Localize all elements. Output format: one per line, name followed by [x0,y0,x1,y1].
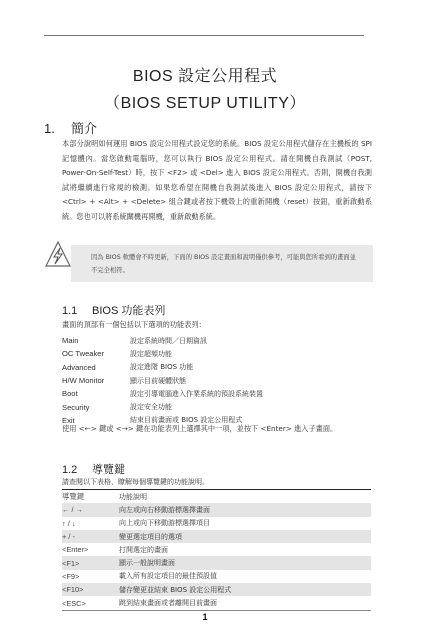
nav-key: <ESC> [62,599,119,608]
section-title: BIOS 功能表列 [92,305,165,317]
nav-desc: 變更選定項目的選項 [119,532,182,542]
nav-desc: 向上或向下移動游標選擇項目 [119,518,210,528]
section-number: 1.1 [62,305,92,317]
menu-desc: 設定進階 BIOS 功能 [130,362,193,372]
menu-key: Main [62,336,130,345]
list-item: Advanced設定進階 BIOS 功能 [62,361,382,374]
nav-desc: 儲存變更並結束 BIOS 設定公用程式 [119,585,231,595]
section-number: 1.2 [62,464,92,476]
nav-key: <F1> [62,559,119,568]
section-number: 1. [44,121,71,136]
menu-key: Boot [62,389,130,398]
table-row: <Enter>打開選定的畫面 [62,543,371,556]
menu-bar-list: Main設定系統時間／日期資訊 OC Tweaker設定超頻功能 Advance… [62,334,382,427]
section-heading-menu-bar: 1.1BIOS 功能表列 [62,302,165,318]
table-row: + / -變更選定項目的選項 [62,530,371,543]
intro-paragraph: 本部分說明如何運用 BIOS 設定公用程式設定您的系統。BIOS 設定公用程式儲… [62,137,372,225]
table-row: <F1>顯示一般說明畫面 [62,556,371,569]
column-header: 功能說明 [119,492,147,502]
note-text: 因為 BIOS 軟體會不時更新，下面的 BIOS 設定畫面和說明僅供參考，可能與… [91,252,361,277]
nav-desc: 載入所有設定項目的最佳預設值 [119,571,217,581]
list-item: H/W Monitor顯示目前硬體狀態 [62,374,382,387]
nav-key: <F9> [62,572,119,581]
menu-desc: 設定安全功能 [130,402,172,412]
menu-key: H/W Monitor [62,376,130,385]
header-rule [44,35,364,36]
menu-key: Security [62,403,130,412]
table-row: <ESC>跳到結束畫面或者離開目前畫面 [62,596,371,609]
list-item: Main設定系統時間／日期資訊 [62,334,382,347]
menu-key: Advanced [62,363,130,372]
nav-key: ← / → [62,505,119,514]
menu-bar-intro: 畫面的頂部有一個包括以下選項的功能表列： [62,320,206,330]
nav-keys-intro: 請查閱以下表格，瞭解每個導覽鍵的功能說明。 [62,477,209,487]
page-title: BIOS 設定公用程式 [0,63,410,86]
list-item: Boot設定引導電腦進入作業系統的預設系統裝置 [62,387,382,400]
list-item: OC Tweaker設定超頻功能 [62,347,382,360]
table-row: <F9>載入所有設定項目的最佳預設值 [62,570,371,583]
section-title: 導覽鍵 [92,464,125,476]
menu-desc: 設定系統時間／日期資訊 [130,336,207,346]
menu-desc: 設定引導電腦進入作業系統的預設系統裝置 [130,389,263,399]
nav-key: <F10> [62,585,119,594]
note-box: 因為 BIOS 軟體會不時更新，下面的 BIOS 設定畫面和說明僅供參考，可能與… [71,245,373,282]
section-title: 簡介 [71,121,97,136]
nav-desc: 跳到結束畫面或者離開目前畫面 [119,598,217,608]
menu-key: OC Tweaker [62,349,130,358]
table-row: ↑ / ↓向上或向下移動游標選擇項目 [62,517,371,530]
nav-desc: 顯示一般說明畫面 [119,558,175,568]
menu-desc: 顯示目前硬體狀態 [130,376,186,386]
column-header: 導覽鍵 [62,491,119,502]
table-row: <F10>儲存變更並結束 BIOS 設定公用程式 [62,583,371,596]
page-number: 1 [0,612,410,622]
table-header-row: 導覽鍵功能說明 [62,490,371,503]
nav-key: ↑ / ↓ [62,519,119,528]
menu-usage-text: 使用 <←> 鍵或 <→> 鍵在功能表列上選擇其中一項，並按下 <Enter> … [62,422,372,437]
nav-keys-table: 導覽鍵功能說明 ← / →向左或向右移動游標選擇畫面 ↑ / ↓向上或向下移動游… [62,489,371,611]
menu-desc: 設定超頻功能 [130,349,172,359]
nav-key: + / - [62,532,119,541]
nav-desc: 打開選定的畫面 [119,545,168,555]
warning-lightning-icon [45,240,71,268]
nav-key: <Enter> [62,545,119,554]
list-item: Security設定安全功能 [62,400,382,413]
section-heading-nav-keys: 1.2導覽鍵 [62,461,125,477]
section-heading-intro: 1.簡介 [44,118,97,137]
table-row: ← / →向左或向右移動游標選擇畫面 [62,503,371,516]
nav-desc: 向左或向右移動游標選擇畫面 [119,505,210,515]
page-subtitle: （BIOS SETUP UTILITY） [0,90,410,113]
